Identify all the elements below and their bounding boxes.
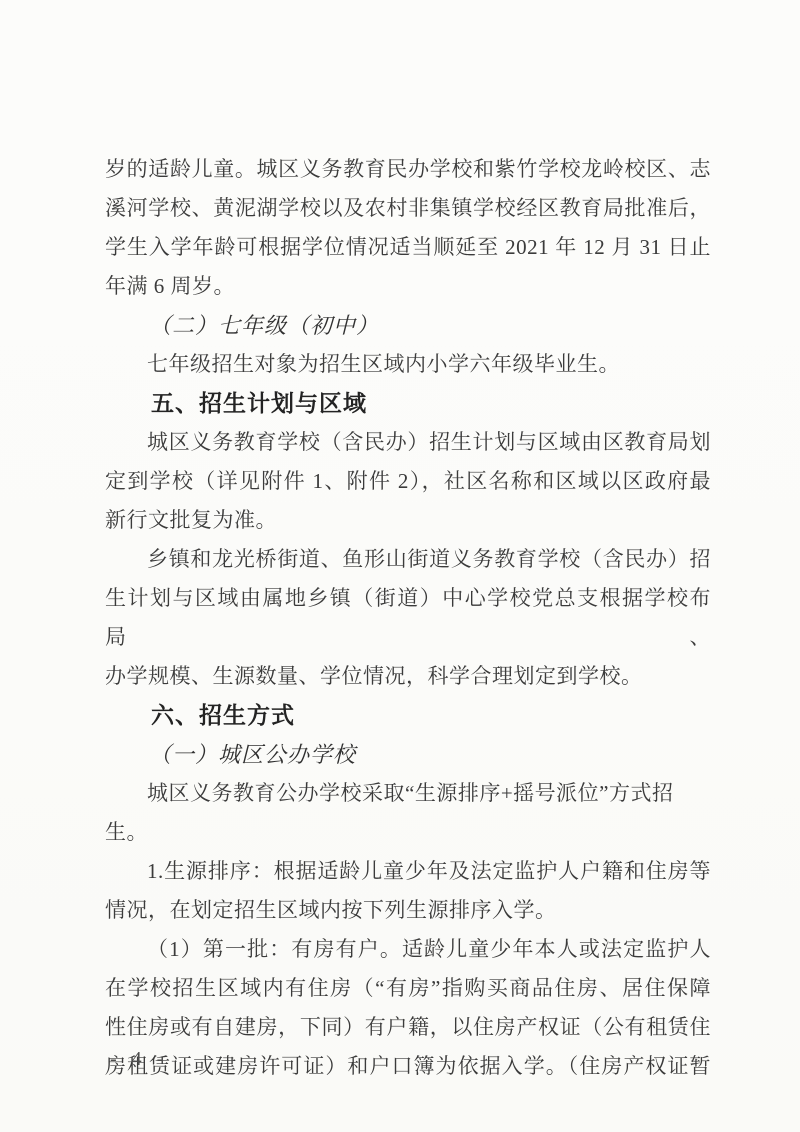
- section-heading-5: 五、招生计划与区域: [105, 384, 711, 423]
- paragraph-line: 新行文批复为准。: [105, 501, 711, 540]
- paragraph-line: 在学校招生区域内有住房（“有房”指购买商品住房、居住保障: [105, 969, 711, 1008]
- paragraph-line: 溪河学校、黄泥湖学校以及农村非集镇学校经区教育局批准后，: [105, 189, 711, 228]
- paragraph-line: 生计划与区域由属地乡镇（街道）中心学校党总支根据学校布局、: [105, 579, 711, 657]
- page-number: - 4 -: [110, 1044, 168, 1074]
- paragraph-line: （1）第一批：有房有户。适龄儿童少年本人或法定监护人: [105, 930, 711, 969]
- paragraph-line: 情况，在划定招生区域内按下列生源排序入学。: [105, 891, 711, 930]
- paragraph-line: 办学规模、生源数量、学位情况，科学合理划定到学校。: [105, 657, 711, 696]
- paragraph-line: 性住房或有自建房，下同）有户籍，以住房产权证（公有租赁住: [105, 1008, 711, 1047]
- paragraph-line: 1.生源排序：根据适龄儿童少年及法定监护人户籍和住房等: [105, 852, 711, 891]
- paragraph-line: 年满 6 周岁。: [105, 267, 711, 306]
- document-page: 岁的适龄儿童。城区义务教育民办学校和紫竹学校龙岭校区、志 溪河学校、黄泥湖学校以…: [0, 0, 800, 1132]
- subsection-heading-grade7: （二）七年级（初中）: [105, 306, 711, 345]
- paragraph-line: 岁的适龄儿童。城区义务教育民办学校和紫竹学校龙岭校区、志: [105, 150, 711, 189]
- section-heading-6: 六、招生方式: [105, 696, 711, 735]
- paragraph-line: 定到学校（详见附件 1、附件 2），社区名称和区域以区政府最: [105, 462, 711, 501]
- paragraph-line: 七年级招生对象为招生区域内小学六年级毕业生。: [105, 345, 711, 384]
- paragraph-line: 房租赁证或建房许可证）和户口簿为依据入学。（住房产权证暂: [105, 1047, 711, 1086]
- subsection-heading-public-schools: （一）城区公办学校: [105, 735, 711, 774]
- document-body: 岁的适龄儿童。城区义务教育民办学校和紫竹学校龙岭校区、志 溪河学校、黄泥湖学校以…: [105, 150, 711, 1086]
- paragraph-line: 乡镇和龙光桥街道、鱼形山街道义务教育学校（含民办）招: [105, 540, 711, 579]
- paragraph-line: 学生入学年龄可根据学位情况适当顺延至 2021 年 12 月 31 日止: [105, 228, 711, 267]
- paragraph-line: 城区义务教育学校（含民办）招生计划与区域由区教育局划: [105, 423, 711, 462]
- paragraph-line: 城区义务教育公办学校采取“生源排序+摇号派位”方式招生。: [105, 774, 711, 852]
